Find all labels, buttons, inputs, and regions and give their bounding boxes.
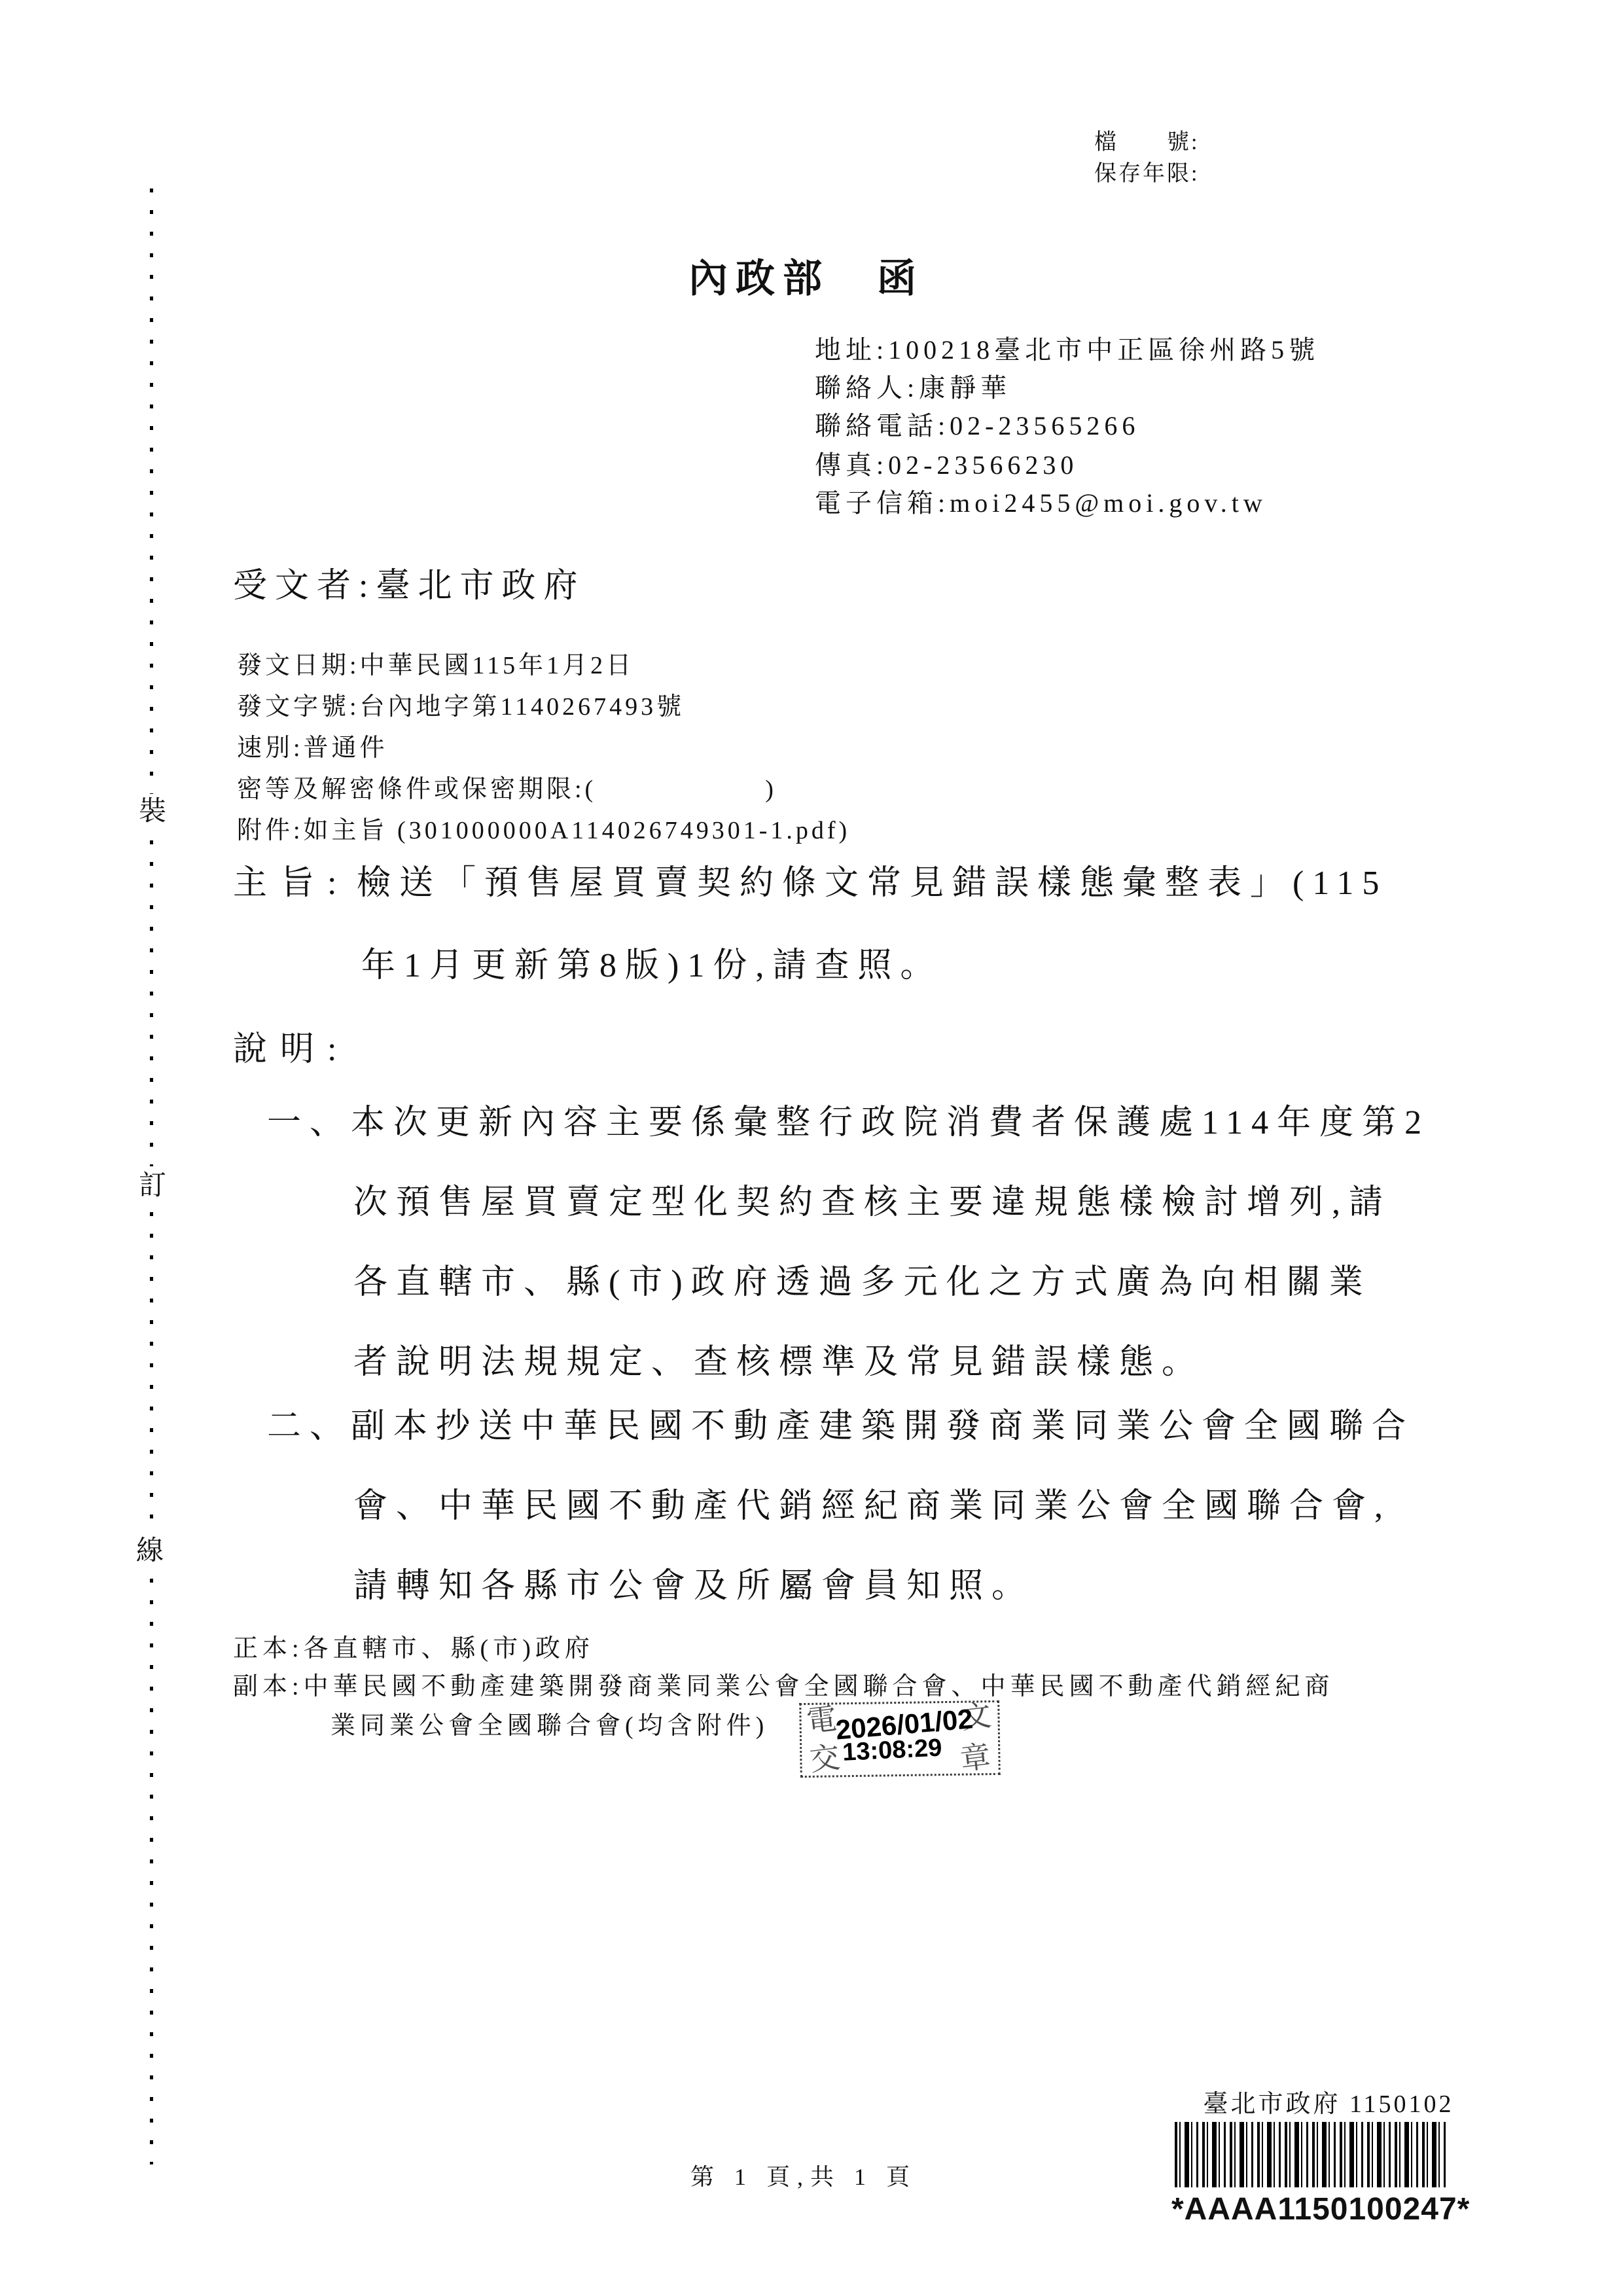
issue-date-field: 發文日期:中華民國115年1月2日 [237, 652, 634, 681]
subject-label: 主旨: [233, 864, 349, 903]
explanation-item-1-number: 一、 [267, 1103, 352, 1143]
sender-address: 地址:100218臺北市中正區徐州路5號 [815, 335, 1319, 365]
sender-phone: 聯絡電話:02-23565266 [815, 411, 1139, 441]
explanation-item-2-number: 二、 [267, 1407, 352, 1446]
stamp-time: 13:08:29 [842, 1734, 942, 1767]
barcode-text: *AAAA1150100247* [1171, 2191, 1453, 2227]
retention-period-label: 保存年限: [1094, 161, 1199, 187]
attachment-field: 附件:如主旨 (301000000A114026749301-1.pdf) [237, 817, 850, 846]
recipient-line: 受文者:臺北市政府 [233, 567, 585, 606]
document-title: 內政部 函 [688, 257, 924, 302]
security-class-field: 密等及解密條件或保密期限:( ) [237, 776, 777, 804]
stamp-char-zhang: 章 [958, 1740, 992, 1778]
doc-number-field: 發文字號:台內地字第1140267493號 [237, 693, 685, 722]
binding-dotted-segment-3 [150, 1212, 153, 1533]
electronic-exchange-stamp: 電 文 交 章 2026/01/02 13:08:29 [799, 1700, 1001, 1778]
speed-class-field: 速別:普通件 [237, 734, 388, 763]
sender-fax: 傳真:02-23566230 [815, 450, 1078, 480]
barcode [1175, 2122, 1446, 2187]
org-code-text: 臺北市政府 1150102 [1191, 2090, 1466, 2119]
sender-email: 電子信箱:moi2455@moi.gov.tw [815, 488, 1267, 518]
explanation-item-1-line-1: 本次更新內容主要係彙整行政院消費者保護處114年度第2 [351, 1103, 1430, 1143]
binding-mark-xian: 線 [136, 1535, 164, 1567]
explanation-item-2-line-1: 副本抄送中華民國不動產建築開發商業同業公會全國聯合 [351, 1407, 1414, 1446]
explanation-label: 說明: [233, 1030, 349, 1069]
page-number-footer: 第 1 頁,共 1 頁 [690, 2164, 917, 2191]
subject-line-1: 檢送「預售屋買賣契約條文常見錯誤樣態彙整表」(115 [357, 864, 1387, 903]
binding-dotted-segment-2 [150, 840, 153, 1166]
explanation-item-1-line-3: 各直轄市、縣(市)政府透過多元化之方式廣為向相關業 [353, 1263, 1372, 1302]
binding-dotted-segment-1 [150, 188, 153, 794]
binding-dotted-segment-4 [150, 1579, 153, 2164]
file-number-label: 檔 號: [1094, 130, 1199, 155]
original-copy-line: 正本:各直轄市、縣(市)政府 [233, 1635, 594, 1664]
explanation-item-1-line-4: 者說明法規規定、查核標準及常見錯誤樣態。 [353, 1343, 1204, 1382]
scanned-official-letter: { "header": { "file_label": "檔 號:", "ret… [0, 0, 1623, 2296]
subject-line-2: 年1月更新第8版)1份,請查照。 [361, 946, 942, 986]
binding-mark-ding: 訂 [139, 1170, 166, 1202]
sender-contact: 聯絡人:康靜華 [815, 373, 1011, 403]
stamp-char-dian: 電 [805, 1702, 839, 1740]
cc-copy-line-2: 業同業公會全國聯合會(均含附件) [330, 1712, 768, 1741]
explanation-item-2-line-3: 請轉知各縣市公會及所屬會員知照。 [353, 1567, 1034, 1606]
explanation-item-2-line-2: 會、中華民國不動產代銷經紀商業同業公會全國聯合會, [353, 1487, 1391, 1526]
cc-copy-line-1: 副本:中華民國不動產建築開發商業同業公會全國聯合會、中華民國不動產代銷經紀商 [233, 1673, 1334, 1702]
binding-mark-zhuang: 裝 [139, 796, 166, 827]
explanation-item-1-line-2: 次預售屋買賣定型化契約查核主要違規態樣檢討增列,請 [353, 1183, 1391, 1223]
